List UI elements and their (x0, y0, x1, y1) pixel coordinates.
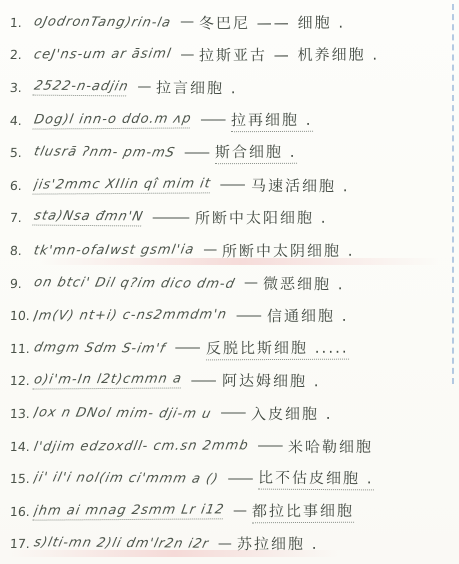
handwritten-cursive-script: dmgm Sdm S-im'f (32, 340, 167, 356)
item-number: 10. (9, 308, 34, 323)
chinese-term: 比不估皮细胞 . (258, 467, 374, 491)
chinese-term: 拉斯亚古 — 机养细胞 . (199, 44, 379, 66)
chinese-term: 斯合细胞 . (215, 141, 297, 164)
chinese-term: 入皮细胞 . (251, 403, 333, 424)
chinese-term: 所断中太阴细胞 . (222, 240, 355, 262)
list-item: 16. jhm ai mnag 2smm Lr i12 — 都拉比事细胞 (10, 495, 453, 528)
separator-dash: —— (236, 308, 260, 324)
separator-dash: —— (220, 177, 244, 193)
separator-dash: —— (184, 145, 208, 161)
item-number: 7. (9, 210, 34, 225)
item-number: 2. (9, 47, 34, 62)
item-number: 16. (9, 504, 34, 519)
chinese-term: 拉言细胞 . (156, 77, 238, 99)
list-item: 2. ceJ'ns-um ar āsiml — 拉斯亚古 — 机养细胞 . (10, 39, 453, 72)
handwritten-cursive-script: ji' il'i nol(im ci'mmm a () (33, 470, 220, 487)
list-item: 13. Jox n DNol mim- dji-m u —— 入皮细胞 . (10, 397, 453, 430)
handwritten-cursive-script: on btci' Dil q?im dico dm-d (33, 275, 237, 292)
item-number: 9. (9, 276, 34, 291)
handwritten-cursive-script: Dog)l inn-o ddo.m ʌp (32, 111, 192, 129)
handwritten-cursive-script: 2522-n-adjin (32, 79, 130, 97)
item-number: 13. (9, 406, 34, 421)
handwritten-cursive-script: l'djim edzoxdll- cm.sn 2mmb (33, 438, 250, 454)
handwritten-cursive-script: oJodronTang)rin-la (32, 14, 172, 30)
handwritten-cursive-script: jhm ai mnag 2smm Lr i12 (32, 502, 225, 520)
item-number: 14. (9, 439, 34, 454)
chinese-term: 马速活细胞 . (250, 174, 349, 196)
separator-dash: —— (257, 438, 281, 454)
handwritten-cursive-script: ceJ'ns-um ar āsiml (33, 47, 173, 63)
handwritten-cursive-script: o)i'm-In l2t)cmmn a (32, 372, 183, 390)
chinese-term: 阿达姆细胞 . (222, 370, 321, 392)
item-number: 17. (9, 536, 34, 551)
separator-dash: —— (175, 340, 199, 356)
chinese-term: 苏拉细胞 . (237, 533, 319, 554)
list-item: 8. tk'mn-ofaIwst gsml'ia — 所断中太阴细胞 . (10, 234, 453, 267)
list-item: 15. ji' il'i nol(im ci'mmm a () —— 比不估皮细… (10, 462, 453, 495)
chinese-term: 所断中太阳细胞 . (195, 207, 328, 229)
list-item: 17. s)lti-mn 2)li dm'lr2n i2r — 苏拉细胞 . (10, 528, 453, 561)
separator-dash: — (180, 47, 192, 63)
list: 1. oJodronTang)rin-la — 冬巴尼 —— 细胞 . 2. c… (10, 6, 453, 560)
item-number: 12. (9, 373, 34, 388)
list-item: 5. tlusrā ʔnm- pm-mS —— 斯合细胞 . (10, 136, 453, 169)
handwritten-cursive-script: tk'mn-ofaIwst gsml'ia (33, 242, 196, 258)
list-item: 7. sta)Nsa đmn'N ——— 所断中太阳细胞 . (10, 202, 453, 235)
separator-dash: —— (227, 471, 251, 487)
handwritten-cursive-script: tlusrā ʔnm- pm-mS (32, 145, 176, 161)
list-item: 1. oJodronTang)rin-la — 冬巴尼 —— 细胞 . (10, 6, 453, 39)
item-number: 5. (9, 145, 34, 160)
handwritten-cursive-script: Jox n DNol mim- dji-m u (33, 405, 213, 422)
list-item: 11. dmgm Sdm S-im'f —— 反脱比斯细胞 ..... (10, 332, 453, 365)
chinese-term: 拉再细胞 . (231, 108, 313, 131)
item-number: 4. (9, 113, 34, 128)
list-item: 9. on btci' Dil q?im dico dm-d — 微恶细胞 . (10, 267, 453, 300)
item-number: 11. (9, 341, 34, 356)
separator-dash: —— (200, 112, 224, 128)
chinese-term: 都拉比事细胞 (252, 499, 354, 523)
item-number: 1. (9, 15, 34, 30)
chinese-term: 米哈勒细胞 (288, 435, 373, 456)
chinese-term: 冬巴尼 —— 细胞 . (199, 11, 345, 33)
handwritten-cursive-script: Jm(V) nt+i) c-ns2mmdm'n (33, 307, 229, 323)
separator-dash: — (180, 14, 192, 30)
handwritten-cursive-script: s)lti-mn 2)li dm'lr2n i2r (33, 536, 211, 553)
separator-dash: ——— (152, 210, 188, 226)
handwritten-cursive-script: jis'2mmc XIlin qî mim it (32, 176, 212, 194)
separator-dash: — (203, 242, 215, 258)
separator-dash: — (137, 79, 149, 95)
list-item: 10. Jm(V) nt+i) c-ns2mmdm'n —— 信通细胞 . (10, 299, 453, 332)
separator-dash: —— (191, 373, 215, 389)
list-item: 4. Dog)l inn-o ddo.m ʌp —— 拉再细胞 . (10, 104, 453, 137)
separator-dash: — (244, 275, 256, 291)
separator-dash: — (233, 503, 245, 519)
separator-dash: — (218, 536, 230, 552)
item-number: 3. (9, 80, 34, 95)
item-number: 8. (9, 243, 34, 258)
list-item: 12. o)i'm-In l2t)cmmn a —— 阿达姆细胞 . (10, 365, 453, 398)
chinese-term: 信通细胞 . (267, 305, 349, 326)
separator-dash: —— (220, 405, 244, 421)
item-number: 6. (9, 178, 34, 193)
chinese-term: 反脱比斯细胞 ..... (206, 336, 349, 360)
handwritten-cursive-script: sta)Nsa đmn'N (32, 209, 145, 227)
item-number: 15. (9, 471, 34, 486)
list-item: 14. l'djim edzoxdll- cm.sn 2mmb —— 米哈勒细胞 (10, 430, 453, 463)
list-item: 6. jis'2mmc XIlin qî mim it —— 马速活细胞 . (10, 169, 453, 202)
list-item: 3. 2522-n-adjin — 拉言细胞 . (10, 71, 453, 104)
chinese-term: 微恶细胞 . (263, 272, 345, 294)
